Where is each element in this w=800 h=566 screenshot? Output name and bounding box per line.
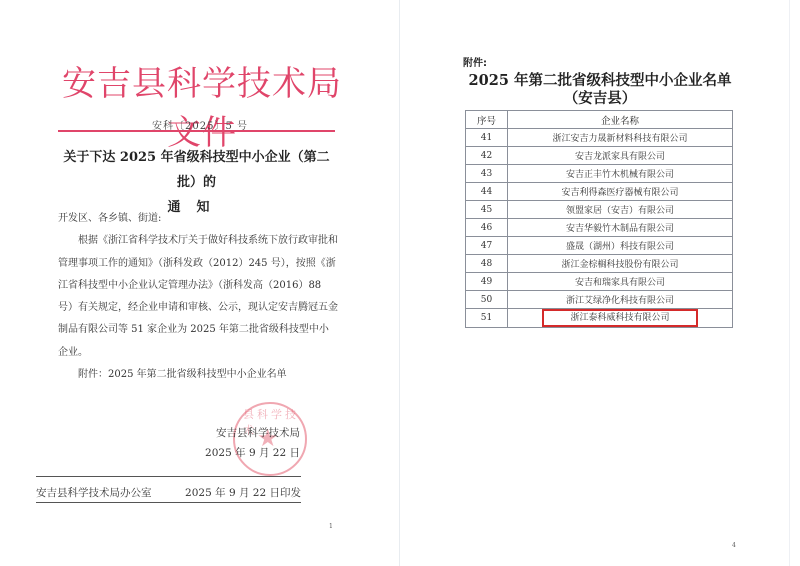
header-serial-no: 序号	[466, 111, 508, 129]
body-paragraph: 根据《浙江省科学技术厅关于做好科技系统下放行政审批和管理事项工作的通知》（浙科发…	[58, 230, 338, 364]
serial-no: 42	[466, 147, 508, 165]
table-row: 44安吉利得森医疗器械有限公司	[466, 183, 733, 201]
serial-no: 51	[466, 309, 508, 328]
table-row: 45领盟家居（安吉）有限公司	[466, 201, 733, 219]
table-row: 46安吉华毅竹木制品有限公司	[466, 219, 733, 237]
enterprise-name: 浙江安吉力晟新材料科技有限公司	[508, 129, 733, 147]
enterprise-name: 领盟家居（安吉）有限公司	[508, 201, 733, 219]
title-line-1: 关于下达 2025 年省级科技型中小企业（第二批）的	[58, 145, 335, 195]
table-row: 49安吉和瑞家具有限公司	[466, 273, 733, 291]
table-row: 41浙江安吉力晟新材料科技有限公司	[466, 129, 733, 147]
enterprise-name: 安吉华毅竹木制品有限公司	[508, 219, 733, 237]
enterprise-name: 安吉和瑞家具有限公司	[508, 273, 733, 291]
footer-date: 2025 年 9 月 22 日印发	[185, 485, 301, 500]
enterprise-name-cell: 浙江泰科威科技有限公司	[508, 309, 733, 328]
table-row: 50浙江艾绿净化科技有限公司	[466, 291, 733, 309]
footer-divider-top	[36, 476, 301, 477]
serial-no: 46	[466, 219, 508, 237]
list-title-line-2: （安吉县）	[455, 90, 745, 108]
red-divider	[58, 130, 335, 132]
salutation: 开发区、各乡镇、街道:	[58, 208, 338, 230]
list-title-line-1: 2025 年第二批省级科技型中小企业名单	[455, 72, 745, 90]
table-header-row: 序号 企业名称	[466, 111, 733, 129]
serial-no: 48	[466, 255, 508, 273]
footer-org: 安吉县科学技术局办公室	[36, 485, 152, 500]
serial-no: 41	[466, 129, 508, 147]
page-number: 4	[732, 542, 736, 549]
header-enterprise-name: 企业名称	[508, 111, 733, 129]
attachment-label: 附件:	[463, 54, 487, 69]
serial-no: 44	[466, 183, 508, 201]
table-row: 42安吉龙派家具有限公司	[466, 147, 733, 165]
serial-no: 47	[466, 237, 508, 255]
serial-no: 43	[466, 165, 508, 183]
enterprise-name: 安吉龙派家具有限公司	[508, 147, 733, 165]
enterprise-name: 安吉利得森医疗器械有限公司	[508, 183, 733, 201]
footer-divider-bottom	[36, 502, 301, 503]
document-page-1: 安吉县科学技术局文件 安科〔2025〕5 号 关于下达 2025 年省级科技型中…	[0, 0, 400, 566]
table-row: 48浙江金棕榈科技股份有限公司	[466, 255, 733, 273]
highlighted-enterprise-name: 浙江泰科威科技有限公司	[542, 309, 697, 327]
signature-date: 2025 年 9 月 22 日	[200, 445, 300, 460]
page-edge	[789, 0, 790, 566]
table-row: 43安吉正丰竹木机械有限公司	[466, 165, 733, 183]
serial-no: 45	[466, 201, 508, 219]
issuing-authority-header: 安吉县科学技术局文件	[62, 56, 342, 154]
enterprise-name: 安吉正丰竹木机械有限公司	[508, 165, 733, 183]
attachment-note: 附件：2025 年第二批省级科技型中小企业名单	[58, 364, 338, 386]
serial-no: 50	[466, 291, 508, 309]
document-body: 开发区、各乡镇、街道: 根据《浙江省科学技术厅关于做好科技系统下放行政审批和管理…	[58, 208, 338, 386]
signature-org: 安吉县科学技术局	[200, 425, 300, 440]
enterprise-list-table: 序号 企业名称 41浙江安吉力晟新材料科技有限公司 42安吉龙派家具有限公司 4…	[465, 110, 733, 328]
serial-no: 49	[466, 273, 508, 291]
enterprise-name: 盛晟（湖州）科技有限公司	[508, 237, 733, 255]
enterprise-name: 浙江艾绿净化科技有限公司	[508, 291, 733, 309]
issuance-footer: 安吉县科学技术局办公室 2025 年 9 月 22 日印发	[36, 485, 301, 500]
list-title: 2025 年第二批省级科技型中小企业名单 （安吉县）	[455, 72, 745, 108]
enterprise-name: 浙江金棕榈科技股份有限公司	[508, 255, 733, 273]
table-row-highlighted: 51浙江泰科威科技有限公司	[466, 309, 733, 328]
table-row: 47盛晟（湖州）科技有限公司	[466, 237, 733, 255]
page-number: 1	[329, 523, 333, 530]
